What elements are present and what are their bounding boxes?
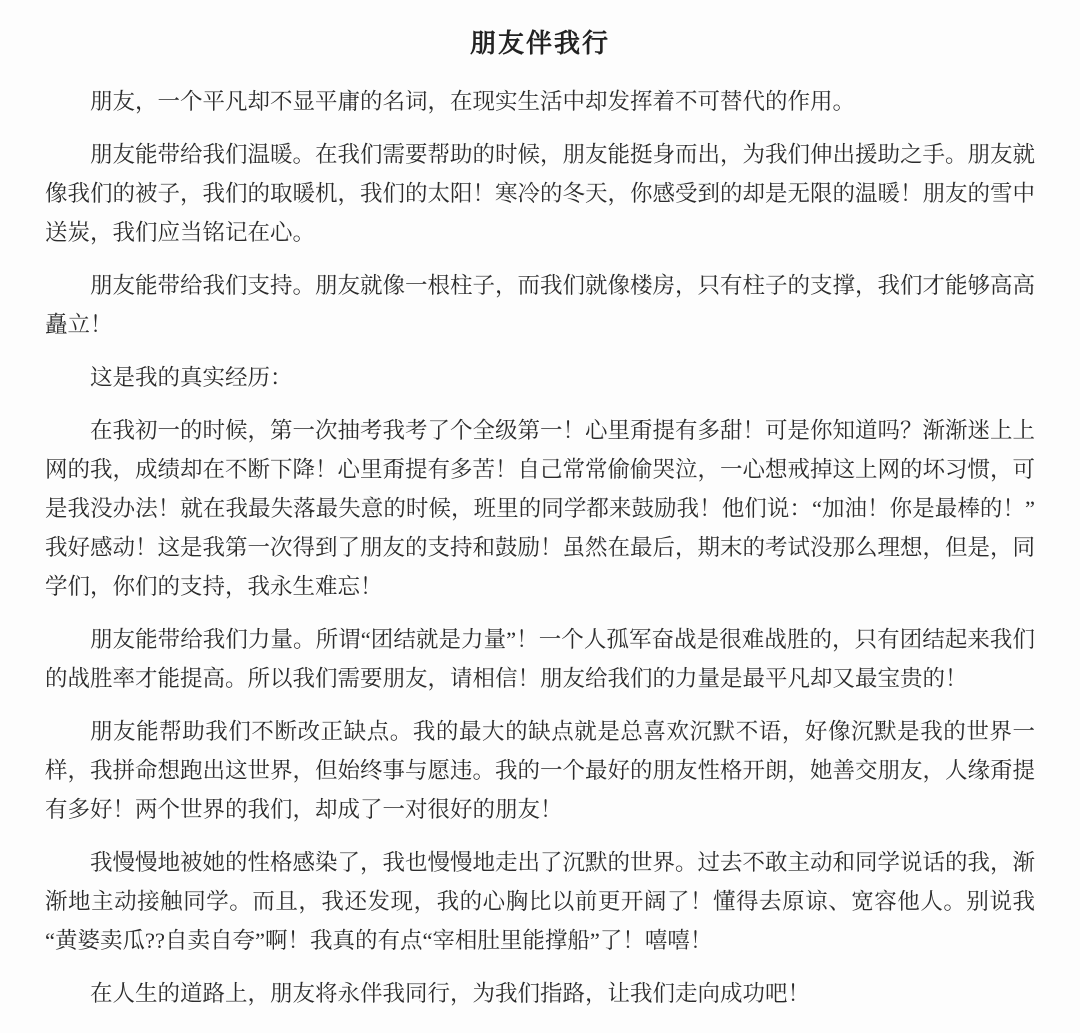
document-page: 朋友伴我行 朋友，一个平凡却不显平庸的名词，在现实生活中却发挥着不可替代的作用。… bbox=[0, 0, 1080, 1033]
paragraph-correct-flaws: 朋友能帮助我们不断改正缺点。我的最大的缺点就是总喜欢沉默不语，好像沉默是我的世界… bbox=[45, 712, 1035, 829]
paragraph-experience-lead: 这是我的真实经历： bbox=[45, 358, 1035, 397]
paragraph-personality-change: 我慢慢地被她的性格感染了，我也慢慢地走出了沉默的世界。过去不敢主动和同学说话的我… bbox=[45, 843, 1035, 960]
paragraph-strength: 朋友能带给我们力量。所谓“团结就是力量”！一个人孤军奋战是很难战胜的，只有团结起… bbox=[45, 620, 1035, 698]
document-title: 朋友伴我行 bbox=[45, 26, 1035, 62]
paragraph-warmth: 朋友能带给我们温暖。在我们需要帮助的时候，朋友能挺身而出，为我们伸出援助之手。朋… bbox=[45, 135, 1035, 252]
paragraph-support: 朋友能带给我们支持。朋友就像一根柱子，而我们就像楼房，只有柱子的支撑，我们才能够… bbox=[45, 266, 1035, 344]
paragraph-conclusion: 在人生的道路上，朋友将永伴我同行，为我们指路，让我们走向成功吧！ bbox=[45, 974, 1035, 1013]
document-title-text: 朋友伴我行 bbox=[470, 29, 610, 58]
paragraph-experience-story: 在我初一的时候，第一次抽考我考了个全级第一！心里甭提有多甜！可是你知道吗？渐渐迷… bbox=[45, 411, 1035, 606]
paragraph-intro: 朋友，一个平凡却不显平庸的名词，在现实生活中却发挥着不可替代的作用。 bbox=[45, 82, 1035, 121]
